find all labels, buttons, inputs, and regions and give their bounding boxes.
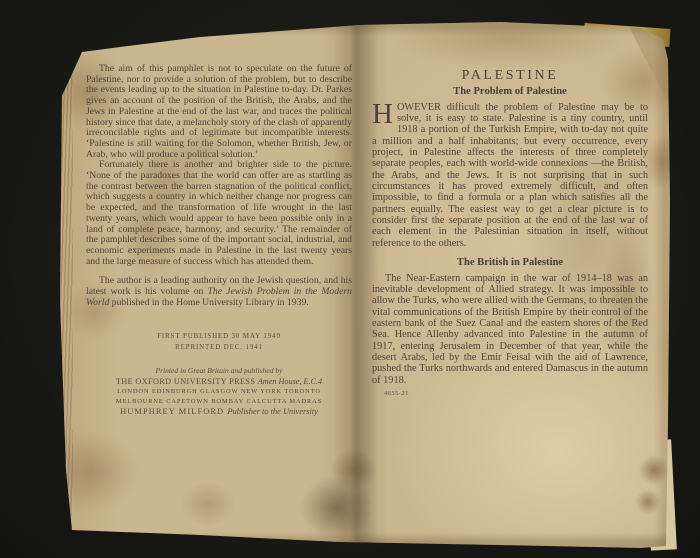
problem-paragraph: HOWEVER difficult the problem of Palesti…	[372, 102, 648, 249]
author-paragraph-post: published in the Home University Library…	[109, 297, 308, 308]
publication-dates: FIRST PUBLISHED 30 MAY 1940 REPRINTED DE…	[86, 331, 352, 353]
dropcap-h: H	[372, 102, 397, 126]
brighter-side-paragraph: Fortunately there is another and brighte…	[86, 160, 352, 267]
print-code: 4655-21	[384, 388, 648, 399]
imprint-press-address: Amen House, E.C.4	[258, 377, 322, 386]
british-paragraph: The Near-Eastern campaign in the war of …	[372, 273, 648, 386]
imprint-printed-line: Printed in Great Britain and published b…	[86, 366, 352, 376]
imprint-milford-name: HUMPHREY MILFORD	[120, 407, 224, 416]
page-edges-left	[58, 50, 73, 532]
section-heading-british: The British in Palestine	[372, 257, 648, 268]
publisher-imprint: Printed in Great Britain and published b…	[86, 366, 352, 418]
imprint-cities-line-1: LONDON EDINBURGH GLASGOW NEW YORK TORONT…	[86, 387, 352, 397]
intro-paragraph: The aim of this pamphlet is not to specu…	[86, 64, 352, 160]
imprint-press-name: THE OXFORD UNIVERSITY PRESS	[116, 377, 255, 386]
imprint-cities-line-2: MELBOURNE CAPETOWN BOMBAY CALCUTTA MADRA…	[86, 397, 352, 407]
left-page: The aim of this pamphlet is not to specu…	[86, 64, 352, 418]
pamphlet-spread: The aim of this pamphlet is not to specu…	[58, 22, 670, 548]
problem-paragraph-text: OWEVER difficult the problem of Palestin…	[372, 102, 648, 249]
imprint-press-line: THE OXFORD UNIVERSITY PRESS Amen House, …	[86, 376, 352, 387]
author-paragraph: The author is a leading authority on the…	[86, 276, 352, 308]
imprint-milford-line: HUMPHREY MILFORD Publisher to the Univer…	[86, 406, 352, 418]
first-published-line: FIRST PUBLISHED 30 MAY 1940	[86, 331, 352, 342]
page-title: PALESTINE	[372, 70, 648, 81]
section-heading-problem: The Problem of Palestine	[372, 86, 648, 97]
right-page: PALESTINE The Problem of Palestine HOWEV…	[372, 70, 648, 399]
imprint-milford-title: Publisher to the University	[227, 407, 317, 416]
reprinted-line: REPRINTED DEC. 1941	[86, 342, 352, 353]
